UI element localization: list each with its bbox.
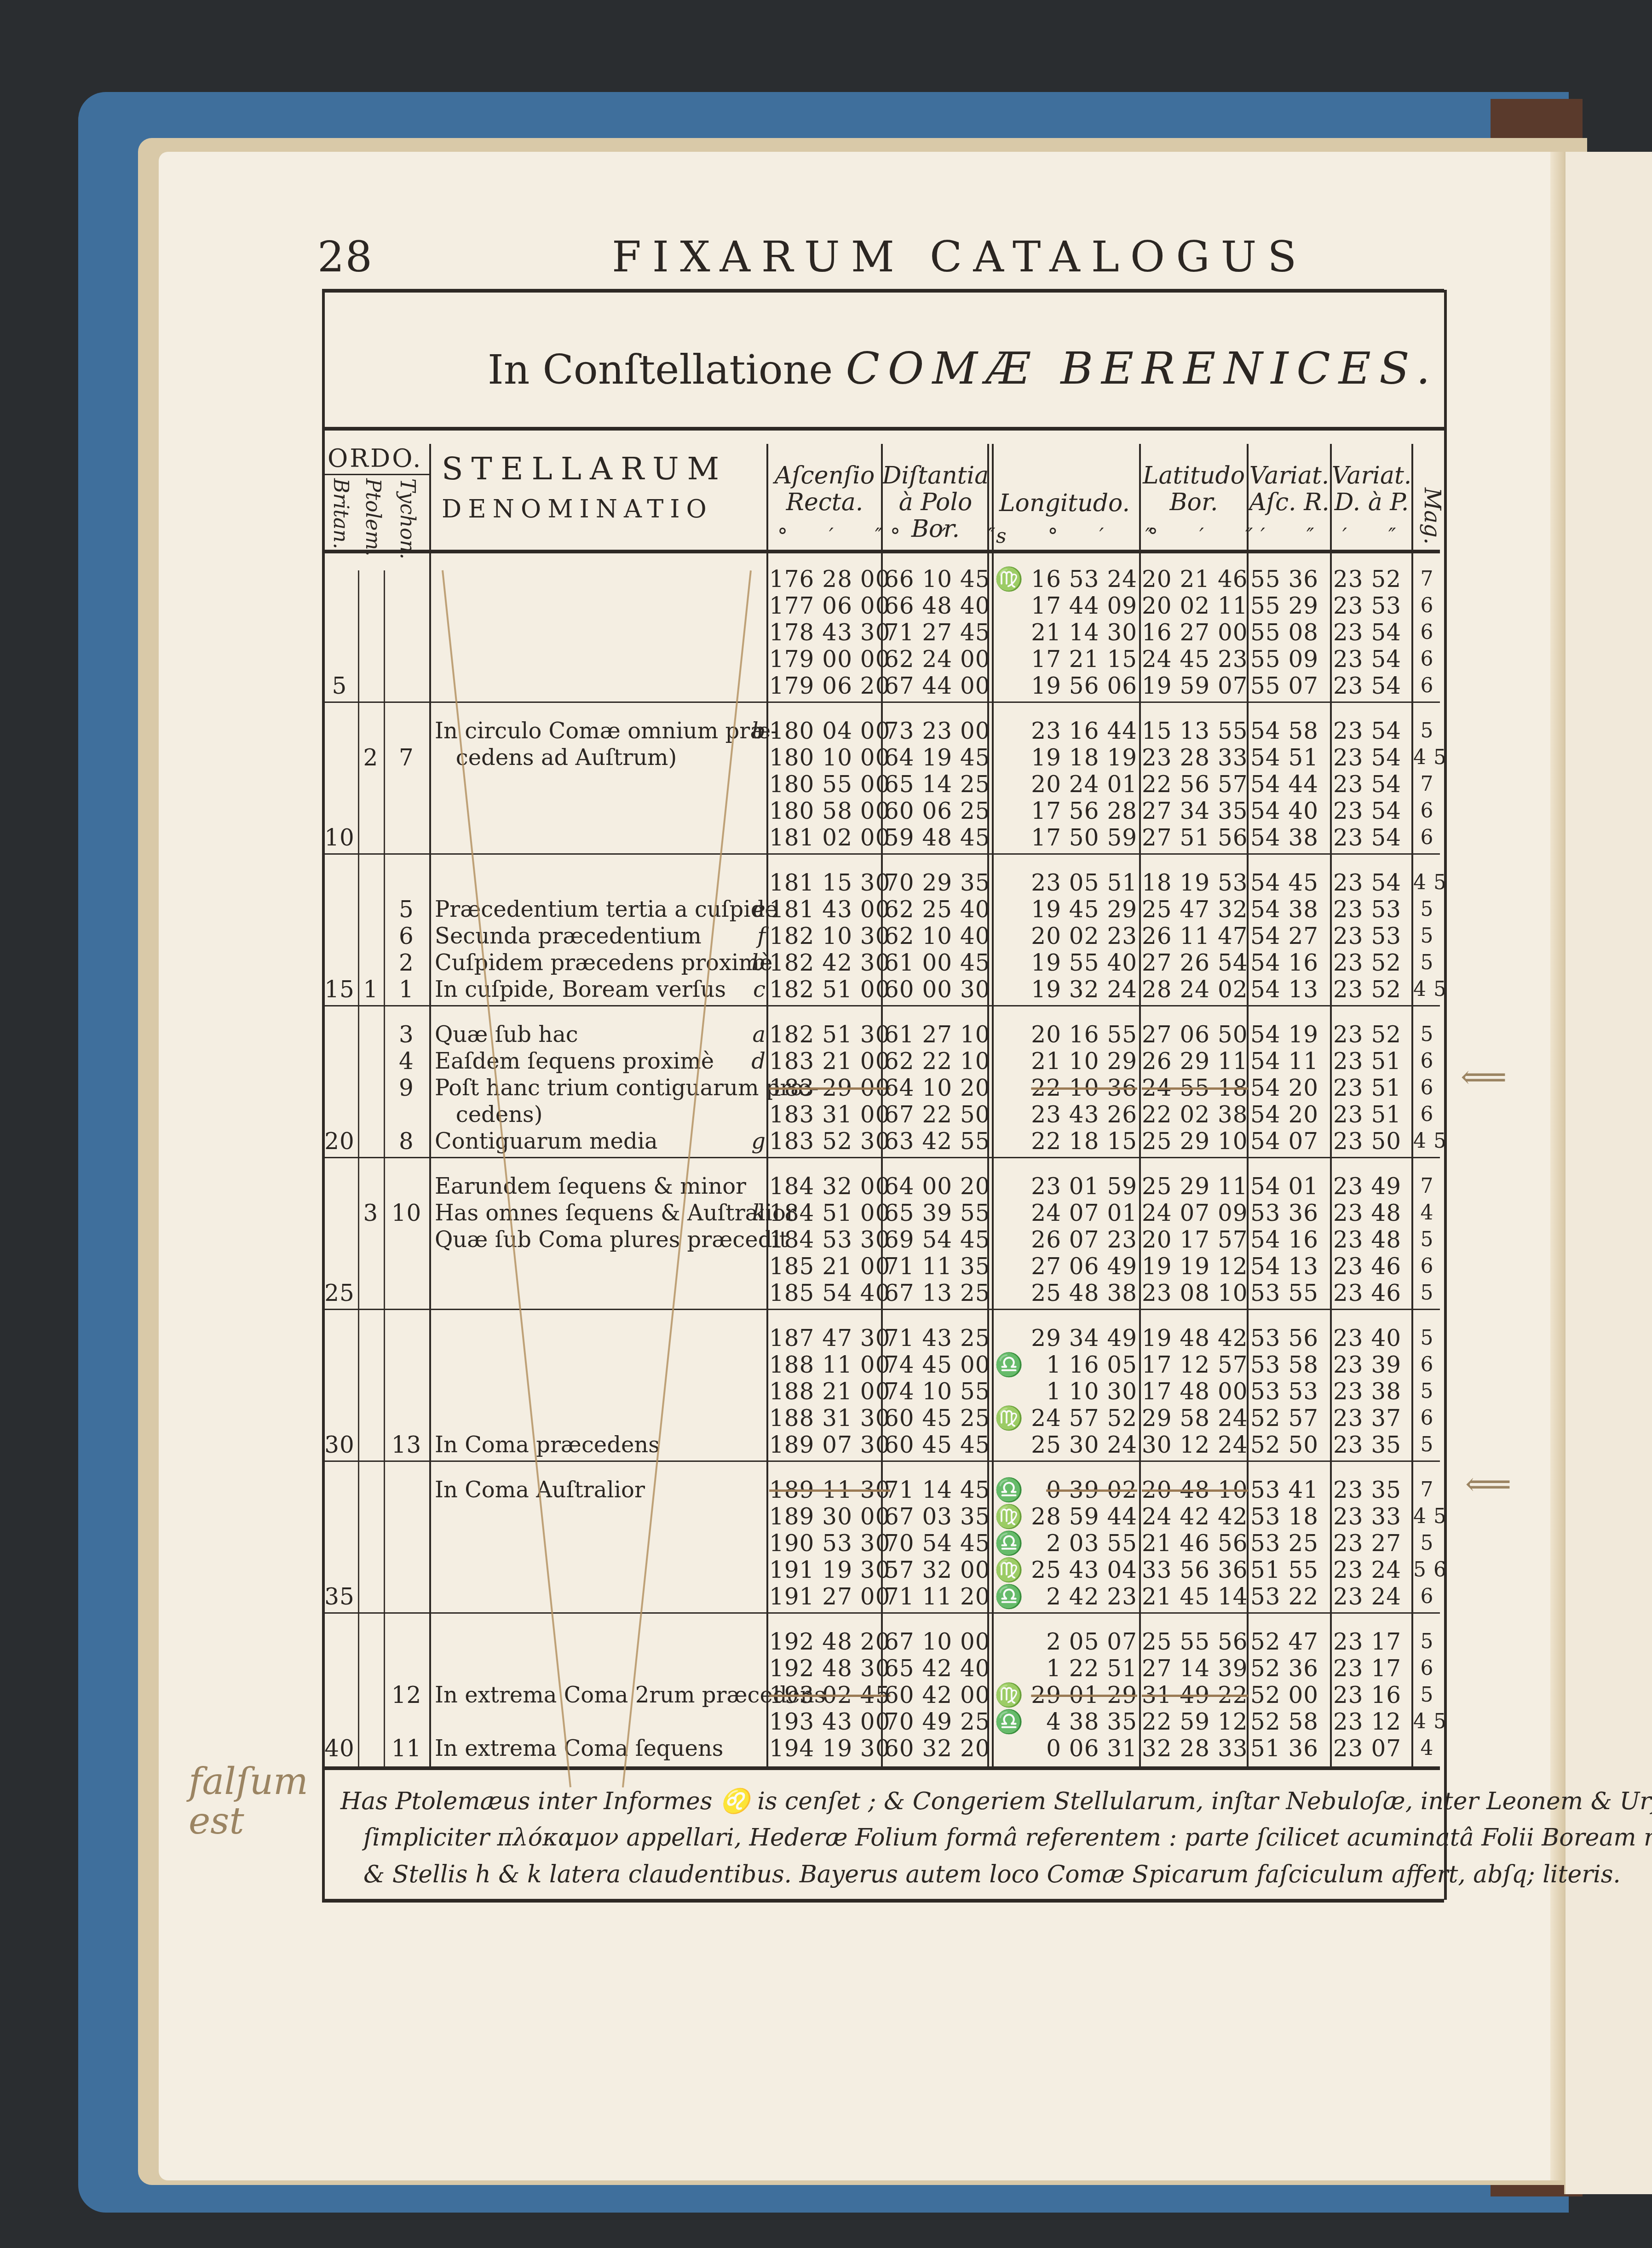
magnitude: 6	[1413, 592, 1441, 619]
right-ascension: 181 43 00	[769, 896, 880, 923]
ordo-tychon: 5	[385, 896, 428, 923]
right-ascension: 192 48 20	[769, 1628, 880, 1655]
bayer-letter: b	[745, 949, 766, 976]
star-denomination: Quæ ſub Coma plures præcedit	[435, 1226, 748, 1253]
star-denomination: Has omnes ſequens & Auſtralior	[435, 1200, 748, 1226]
longitude: 17 21 15	[1017, 646, 1137, 673]
longitude: 19 32 24	[1017, 976, 1137, 1003]
right-ascension: 178 43 30	[769, 619, 880, 646]
variation-dist: 23 51	[1333, 1075, 1410, 1101]
variation-dist: 23 54	[1333, 824, 1410, 851]
longitude: 29 34 49	[1017, 1325, 1137, 1351]
bayer-letter: k	[745, 1200, 766, 1226]
polar-distance: 62 25 40	[884, 896, 988, 923]
latitude: 32 28 33	[1142, 1735, 1245, 1762]
variation-ra: 53 36	[1250, 1200, 1329, 1226]
ordo-britan: 20	[322, 1128, 357, 1155]
star-denomination: Earundem ſequens & minor	[435, 1173, 748, 1200]
longitude: 20 02 23	[1017, 923, 1137, 949]
longitude: 4 38 35	[1017, 1708, 1137, 1735]
polar-distance: 73 23 00	[884, 718, 988, 744]
variation-ra: 55 07	[1250, 673, 1329, 699]
star-denomination: In cuſpide, Boream verſus	[435, 976, 748, 1003]
variation-dist: 23 27	[1333, 1530, 1410, 1557]
header-line: Variat.	[1331, 462, 1412, 489]
variation-dist: 23 40	[1333, 1325, 1410, 1351]
longitude: 23 01 59	[1017, 1173, 1137, 1200]
right-ascension: 181 02 00	[769, 824, 880, 851]
variation-ra: 52 47	[1250, 1628, 1329, 1655]
longitude: 20 24 01	[1017, 771, 1137, 798]
polar-distance: 64 19 45	[884, 744, 988, 771]
header-line: Diſtantia	[882, 462, 989, 489]
ordo-britan: 30	[322, 1432, 357, 1458]
right-ascension: 187 47 30	[769, 1325, 880, 1351]
magnitude: 5	[1413, 1682, 1441, 1708]
variation-ra: 53 41	[1250, 1477, 1329, 1503]
polar-distance: 66 10 45	[884, 566, 988, 592]
variation-dist: 23 54	[1333, 744, 1410, 771]
variation-dist: 23 54	[1333, 718, 1410, 744]
col-stellarum: STELLARUM	[442, 451, 727, 487]
latitude: 20 21 46	[1142, 566, 1245, 592]
latitude: 21 46 56	[1142, 1530, 1245, 1557]
latitude: 17 12 57	[1142, 1351, 1245, 1378]
longitude: 22 18 15	[1017, 1128, 1137, 1155]
latitude: 25 47 32	[1142, 896, 1245, 923]
right-ascension: 181 15 30	[769, 869, 880, 896]
magnitude: 5 6	[1413, 1557, 1441, 1583]
right-ascension: 189 11 30	[769, 1477, 880, 1503]
magnitude: 4	[1413, 1200, 1441, 1226]
polar-distance: 74 45 00	[884, 1351, 988, 1378]
bayer-letter: d	[745, 1048, 766, 1075]
star-denomination: cedens ad Auſtrum)	[435, 744, 748, 771]
polar-distance: 57 32 00	[884, 1557, 988, 1583]
ordo-ptolem: 1	[359, 976, 383, 1003]
latitude: 28 24 02	[1142, 976, 1245, 1003]
star-denomination: In extrema Coma 2rum præcedens	[435, 1682, 748, 1708]
longitude: 19 45 29	[1017, 896, 1137, 923]
zodiac-sign-icon: ♎	[995, 1530, 1020, 1557]
col-tychon: Tychon.	[396, 478, 419, 559]
zodiac-sign-icon: ♎	[995, 1477, 1020, 1503]
ordo-tychon: 7	[385, 744, 428, 771]
ordo-ptolem: 2	[359, 744, 383, 771]
variation-ra: 54 44	[1250, 771, 1329, 798]
col-rule	[429, 444, 431, 1766]
variation-dist: 23 53	[1333, 592, 1410, 619]
group-rule	[325, 701, 1440, 703]
variation-ra: 51 55	[1250, 1557, 1329, 1583]
right-ascension: 179 06 20	[769, 673, 880, 699]
ordo-header: ORDO.	[328, 444, 423, 473]
longitude: 23 05 51	[1017, 869, 1137, 896]
magnitude: 6	[1413, 1583, 1441, 1610]
header-line: Latitudo	[1140, 462, 1248, 489]
variation-ra: 54 13	[1250, 976, 1329, 1003]
right-ascension: 183 52 30	[769, 1128, 880, 1155]
group-rule	[325, 1157, 1440, 1158]
latitude: 27 14 39	[1142, 1655, 1245, 1682]
variation-dist: 23 17	[1333, 1655, 1410, 1682]
right-ascension: 192 48 30	[769, 1655, 880, 1682]
polar-distance: 67 13 25	[884, 1280, 988, 1306]
polar-distance: 65 14 25	[884, 771, 988, 798]
variation-ra: 54 19	[1250, 1021, 1329, 1048]
star-denomination: Contiguarum media	[435, 1128, 748, 1155]
polar-distance: 60 45 25	[884, 1405, 988, 1432]
longitude: 16 53 24	[1017, 566, 1137, 592]
latitude: 15 13 55	[1142, 718, 1245, 744]
magnitude: 5	[1413, 1021, 1441, 1048]
bayer-letter: b	[745, 718, 766, 744]
ordo-tychon: 2	[385, 949, 428, 976]
latitude: 27 06 50	[1142, 1021, 1245, 1048]
variation-dist: 23 51	[1333, 1048, 1410, 1075]
ordo-tychon: 9	[385, 1075, 428, 1101]
star-denomination: In Coma Auſtralior	[435, 1477, 748, 1503]
header-line: Aſcenſio	[767, 462, 882, 489]
variation-ra: 54 38	[1250, 824, 1329, 851]
variation-dist: 23 52	[1333, 949, 1410, 976]
polar-distance: 67 03 35	[884, 1503, 988, 1530]
ordo-tychon: 1	[385, 976, 428, 1003]
right-ascension: 188 11 00	[769, 1351, 880, 1378]
variation-ra: 54 16	[1250, 949, 1329, 976]
variation-dist: 23 50	[1333, 1128, 1410, 1155]
polar-distance: 71 14 45	[884, 1477, 988, 1503]
right-ascension: 188 31 30	[769, 1405, 880, 1432]
table-bottom-rule	[322, 1899, 1444, 1903]
units-lon: s ° ′ ″	[996, 524, 1170, 548]
constellation-name: COMÆ BERENICES.	[846, 343, 1438, 394]
latitude: 24 45 23	[1142, 646, 1245, 673]
right-ascension: 183 29 00	[769, 1075, 880, 1101]
variation-dist: 23 17	[1333, 1628, 1410, 1655]
units-var-ar: ′ ″	[1261, 524, 1331, 548]
star-denomination: Poſt hanc trium contiguarum præ-	[435, 1075, 748, 1101]
variation-dist: 23 49	[1333, 1173, 1410, 1200]
zodiac-sign-icon: ♎	[995, 1351, 1020, 1378]
latitude: 30 12 24	[1142, 1432, 1245, 1458]
latitude: 22 56 57	[1142, 771, 1245, 798]
ordo-tychon: 11	[385, 1735, 428, 1762]
longitude: 19 56 06	[1017, 673, 1137, 699]
latitude: 19 19 12	[1142, 1253, 1245, 1280]
magnitude: 5	[1413, 1378, 1441, 1405]
right-ascension: 190 53 30	[769, 1530, 880, 1557]
longitude: 26 07 23	[1017, 1226, 1137, 1253]
longitude: 1 16 05	[1017, 1351, 1137, 1378]
right-ascension: 189 30 00	[769, 1503, 880, 1530]
variation-ra: 51 36	[1250, 1735, 1329, 1762]
variation-dist: 23 46	[1333, 1280, 1410, 1306]
polar-distance: 66 48 40	[884, 592, 988, 619]
ordo-britan: 15	[322, 976, 357, 1003]
star-denomination: In extrema Coma ſequens	[435, 1735, 748, 1762]
variation-ra: 52 57	[1250, 1405, 1329, 1432]
polar-distance: 74 10 55	[884, 1378, 988, 1405]
polar-distance: 67 44 00	[884, 673, 988, 699]
magnitude: 5	[1413, 1432, 1441, 1458]
running-title: FIXARUM CATALOGUS	[612, 232, 1307, 282]
polar-distance: 61 27 10	[884, 1021, 988, 1048]
magnitude: 7	[1413, 771, 1441, 798]
longitude: 22 10 36	[1017, 1075, 1137, 1101]
latitude: 27 51 56	[1142, 824, 1245, 851]
variation-ra: 52 58	[1250, 1708, 1329, 1735]
variation-ra: 53 58	[1250, 1351, 1329, 1378]
polar-distance: 69 54 45	[884, 1226, 988, 1253]
latitude: 27 26 54	[1142, 949, 1245, 976]
variation-dist: 23 24	[1333, 1557, 1410, 1583]
units-lat: ° ′ ″	[1148, 524, 1270, 548]
longitude: 17 44 09	[1017, 592, 1137, 619]
magnitude: 5	[1413, 949, 1441, 976]
ordo-britan: 25	[322, 1280, 357, 1306]
magnitude: 4	[1413, 1735, 1441, 1762]
right-ascension: 182 51 30	[769, 1021, 880, 1048]
variation-dist: 23 16	[1333, 1682, 1410, 1708]
variation-dist: 23 54	[1333, 869, 1410, 896]
header-line: D. à P.	[1331, 489, 1412, 516]
header-line: Bor.	[1140, 489, 1248, 516]
manuscript-arrow-icon: ⟸	[1465, 1465, 1511, 1503]
magnitude: 6	[1413, 1253, 1441, 1280]
polar-distance: 67 22 50	[884, 1101, 988, 1128]
latitude: 29 58 24	[1142, 1405, 1245, 1432]
latitude: 19 59 07	[1142, 673, 1245, 699]
right-ascension: 191 19 30	[769, 1557, 880, 1583]
polar-distance: 71 11 20	[884, 1583, 988, 1610]
variation-ra: 54 13	[1250, 1253, 1329, 1280]
longitude: 1 10 30	[1017, 1378, 1137, 1405]
longitude: 2 05 07	[1017, 1628, 1137, 1655]
variation-dist: 23 54	[1333, 619, 1410, 646]
right-ascension: 194 19 30	[769, 1735, 880, 1762]
variation-ra: 53 55	[1250, 1280, 1329, 1306]
variation-ra: 55 09	[1250, 646, 1329, 673]
right-ascension: 180 04 00	[769, 718, 880, 744]
longitude: 17 50 59	[1017, 824, 1137, 851]
right-ascension: 184 53 30	[769, 1226, 880, 1253]
variation-dist: 23 54	[1333, 646, 1410, 673]
polar-distance: 64 10 20	[884, 1075, 988, 1101]
longitude: 23 16 44	[1017, 718, 1137, 744]
longitude: 17 56 28	[1017, 798, 1137, 824]
variation-ra: 54 27	[1250, 923, 1329, 949]
right-ascension: 184 32 00	[769, 1173, 880, 1200]
magnitude: 4 5	[1413, 1503, 1441, 1530]
longitude: 21 14 30	[1017, 619, 1137, 646]
latitude: 22 59 12	[1142, 1708, 1245, 1735]
variation-dist: 23 12	[1333, 1708, 1410, 1735]
longitude: 21 10 29	[1017, 1048, 1137, 1075]
variation-dist: 23 48	[1333, 1226, 1410, 1253]
right-ascension: 189 07 30	[769, 1432, 880, 1458]
right-ascension: 183 21 00	[769, 1048, 880, 1075]
latitude: 22 02 38	[1142, 1101, 1245, 1128]
group-rule	[325, 853, 1440, 855]
ordo-tychon: 12	[385, 1682, 428, 1708]
longitude: 0 06 31	[1017, 1735, 1137, 1762]
constellation-prefix: In Conſtellatione	[488, 346, 833, 393]
magnitude: 6	[1413, 673, 1441, 699]
zodiac-sign-icon: ♍	[995, 566, 1020, 592]
right-ascension: 185 54 40	[769, 1280, 880, 1306]
magnitude: 6	[1413, 798, 1441, 824]
col-rule	[992, 444, 994, 1766]
col-rule	[1139, 444, 1141, 1766]
footnote-line-3: & Stellis h & k latera claudentibus. Bay…	[363, 1861, 1621, 1888]
magnitude: 5	[1413, 1628, 1441, 1655]
longitude: 29 01 29	[1017, 1682, 1137, 1708]
polar-distance: 65 42 40	[884, 1655, 988, 1682]
col-asc-recta: Aſcenſio Recta.	[767, 462, 882, 516]
magnitude: 5	[1413, 718, 1441, 744]
bayer-letter: c	[745, 976, 766, 1003]
header-line: Aſc. R.	[1248, 489, 1331, 516]
variation-ra: 53 56	[1250, 1325, 1329, 1351]
variation-ra: 53 53	[1250, 1378, 1329, 1405]
variation-dist: 23 54	[1333, 798, 1410, 824]
polar-distance: 59 48 45	[884, 824, 988, 851]
table-top-rule	[322, 289, 1444, 293]
latitude: 20 17 57	[1142, 1226, 1245, 1253]
variation-ra: 52 36	[1250, 1655, 1329, 1682]
magnitude: 4 5	[1413, 976, 1441, 1003]
longitude: 2 42 23	[1017, 1583, 1137, 1610]
variation-ra: 54 58	[1250, 718, 1329, 744]
manuscript-arrow-icon: ⟸	[1461, 1058, 1507, 1096]
ordo-britan: 35	[322, 1583, 357, 1610]
magnitude: 7	[1413, 1173, 1441, 1200]
right-ascension: 179 00 00	[769, 646, 880, 673]
polar-distance: 60 45 45	[884, 1432, 988, 1458]
magnitude: 4 5	[1413, 744, 1441, 771]
group-rule	[325, 1005, 1440, 1006]
variation-ra: 54 20	[1250, 1075, 1329, 1101]
magnitude: 6	[1413, 1048, 1441, 1075]
variation-ra: 52 00	[1250, 1682, 1329, 1708]
latitude: 31 49 22	[1142, 1682, 1245, 1708]
latitude: 27 34 35	[1142, 798, 1245, 824]
polar-distance: 60 32 20	[884, 1735, 988, 1762]
zodiac-sign-icon: ♎	[995, 1708, 1020, 1735]
right-ascension: 180 58 00	[769, 798, 880, 824]
magnitude: 5	[1413, 1325, 1441, 1351]
right-ascension: 177 06 00	[769, 592, 880, 619]
magnitude: 6	[1413, 619, 1441, 646]
col-magnitude: Mag.	[1419, 488, 1445, 545]
latitude: 25 55 56	[1142, 1628, 1245, 1655]
right-ascension: 185 21 00	[769, 1253, 880, 1280]
polar-distance: 62 24 00	[884, 646, 988, 673]
zodiac-sign-icon: ♍	[995, 1503, 1020, 1530]
star-denomination: In circulo Comæ omnium præ-	[435, 718, 748, 744]
col-latitudo: Latitudo Bor.	[1140, 462, 1248, 516]
variation-dist: 23 46	[1333, 1253, 1410, 1280]
right-ascension: 191 27 00	[769, 1583, 880, 1610]
polar-distance: 70 54 45	[884, 1530, 988, 1557]
constellation-title: In Conſtellatione COMÆ BERENICES.	[488, 343, 1439, 394]
variation-ra: 54 51	[1250, 744, 1329, 771]
right-ascension: 176 28 00	[769, 566, 880, 592]
variation-dist: 23 24	[1333, 1583, 1410, 1610]
variation-ra: 54 38	[1250, 896, 1329, 923]
variation-dist: 23 35	[1333, 1432, 1410, 1458]
magnitude: 5	[1413, 1530, 1441, 1557]
units-dist: ° ′ ″	[890, 524, 1013, 548]
magnitude: 6	[1413, 1351, 1441, 1378]
polar-distance: 71 43 25	[884, 1325, 988, 1351]
star-denomination: cedens)	[435, 1101, 748, 1128]
polar-distance: 71 11 35	[884, 1253, 988, 1280]
longitude: 19 55 40	[1017, 949, 1137, 976]
longitude: 25 48 38	[1017, 1280, 1137, 1306]
ordo-britan: 40	[322, 1735, 357, 1762]
col-longitudo: Longitudo.	[989, 490, 1140, 517]
latitude: 24 42 42	[1142, 1503, 1245, 1530]
variation-ra: 53 18	[1250, 1503, 1329, 1530]
variation-ra: 54 11	[1250, 1048, 1329, 1075]
zodiac-sign-icon: ♍	[995, 1557, 1020, 1583]
magnitude: 5	[1413, 1280, 1441, 1306]
latitude: 25 29 11	[1142, 1173, 1245, 1200]
ordo-tychon: 3	[385, 1021, 428, 1048]
polar-distance: 60 42 00	[884, 1682, 988, 1708]
group-rule	[325, 1612, 1440, 1614]
magnitude: 7	[1413, 1477, 1441, 1503]
latitude: 33 56 36	[1142, 1557, 1245, 1583]
magnitude: 4 5	[1413, 1128, 1441, 1155]
magnitude: 6	[1413, 1101, 1441, 1128]
polar-distance: 65 39 55	[884, 1200, 988, 1226]
polar-distance: 60 06 25	[884, 798, 988, 824]
variation-dist: 23 52	[1333, 976, 1410, 1003]
variation-ra: 54 45	[1250, 869, 1329, 896]
col-variat-asc: Variat. Aſc. R.	[1248, 462, 1331, 516]
ordo-ptolem: 3	[359, 1200, 383, 1226]
right-ascension: 188 21 00	[769, 1378, 880, 1405]
page-number: 28	[317, 232, 373, 282]
longitude: 25 43 04	[1017, 1557, 1137, 1583]
star-denomination: Præcedentium tertia a cuſpide	[435, 896, 748, 923]
ordo-tychon: 13	[385, 1432, 428, 1458]
longitude: 2 03 55	[1017, 1530, 1137, 1557]
variation-ra: 54 40	[1250, 798, 1329, 824]
variation-ra: 53 25	[1250, 1530, 1329, 1557]
handwritten-margin-note: falſum est	[189, 1762, 294, 1841]
right-ascension: 180 55 00	[769, 771, 880, 798]
latitude: 26 29 11	[1142, 1048, 1245, 1075]
polar-distance: 71 27 45	[884, 619, 988, 646]
latitude: 24 55 18	[1142, 1075, 1245, 1101]
magnitude: 5	[1413, 1226, 1441, 1253]
col-denominatio: DENOMINATIO	[442, 494, 713, 523]
star-denomination: In Coma præcedens	[435, 1432, 748, 1458]
polar-distance: 60 00 30	[884, 976, 988, 1003]
ordo-tychon: 6	[385, 923, 428, 949]
footnote-line-1: Has Ptolemæus inter Informes ♌ is cenſet…	[340, 1787, 1652, 1815]
variation-dist: 23 07	[1333, 1735, 1410, 1762]
col-variat-dist: Variat. D. à P.	[1331, 462, 1412, 516]
longitude: 1 22 51	[1017, 1655, 1137, 1682]
right-ascension: 182 42 30	[769, 949, 880, 976]
latitude: 24 07 09	[1142, 1200, 1245, 1226]
col-britan: Britan.	[329, 478, 352, 549]
